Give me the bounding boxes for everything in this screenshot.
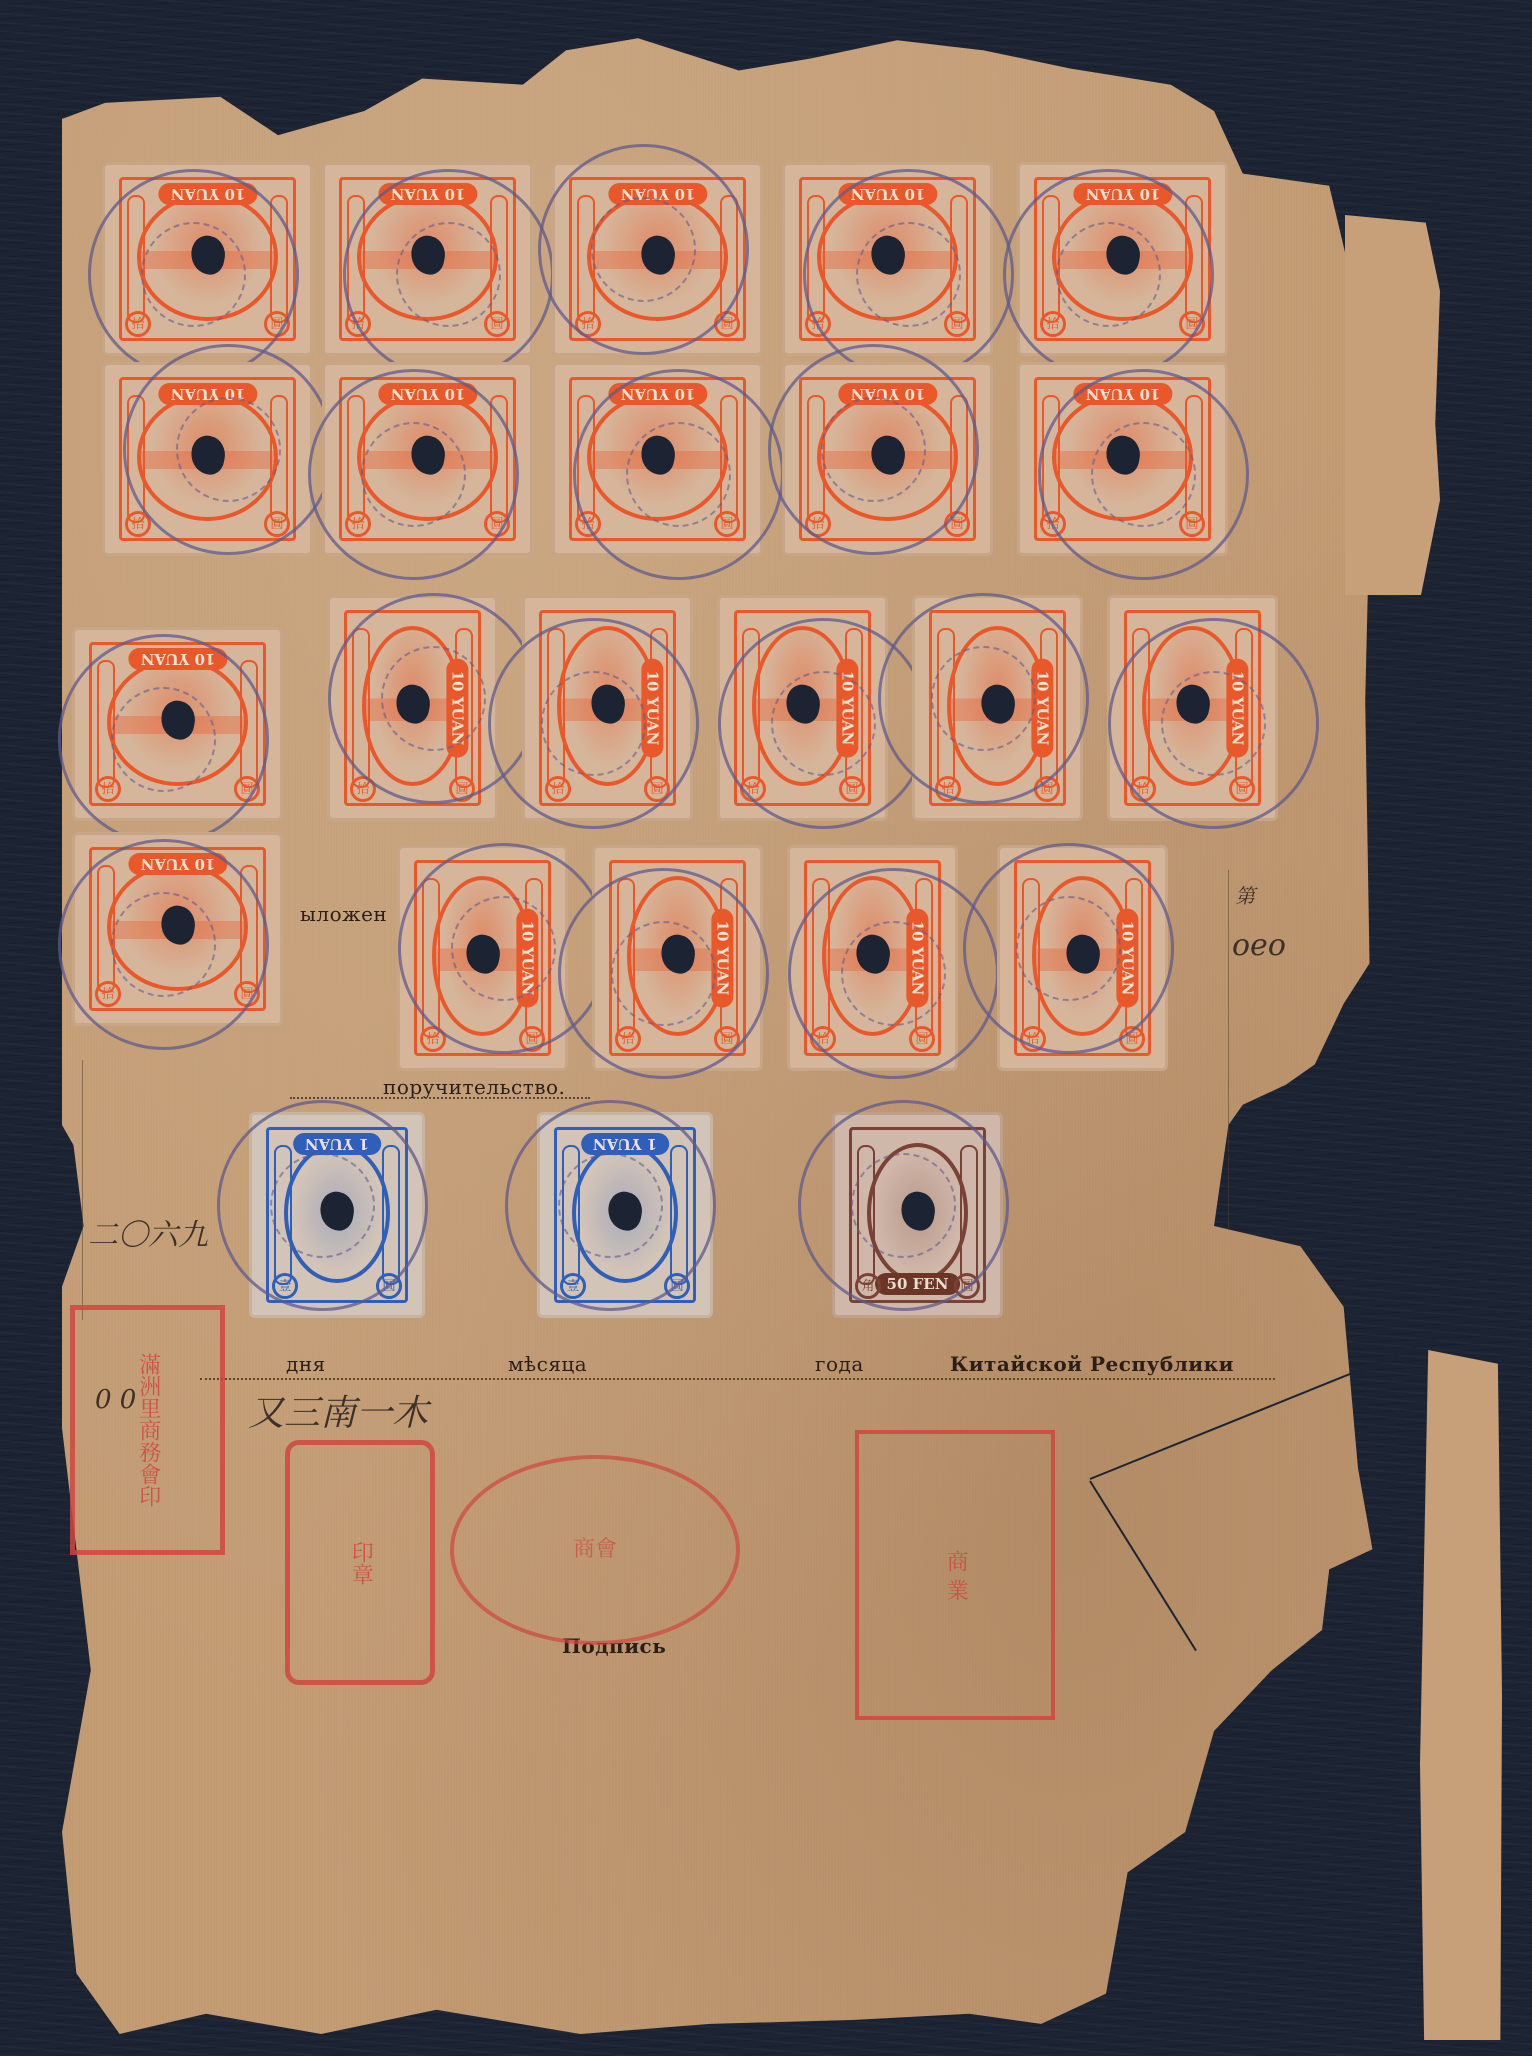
stamp-value: 10 YUAN [838, 183, 937, 205]
stamp-corner-char: 拾 [935, 776, 961, 802]
stamp-10-yuan: 10 YUAN拾圓 [1020, 165, 1225, 353]
stamp-corner-char: 圓 [1179, 311, 1205, 337]
stamp-10-yuan: 10 YUAN拾圓 [75, 630, 280, 818]
stamp-corner-char: 拾 [805, 511, 831, 537]
dotted-rule [290, 1097, 590, 1099]
stamp-10-yuan: 10 YUAN拾圓 [325, 365, 530, 553]
stamp-corner-char: 圓 [664, 1273, 690, 1299]
stamp-value: 10 YUAN [517, 909, 539, 1008]
stamp-value: 10 YUAN [158, 183, 257, 205]
stamp-10-yuan: 10 YUAN拾圓 [105, 165, 310, 353]
stamp-10-yuan: 10 YUAN拾圓 [75, 835, 280, 1023]
stamp-corner-char: 圓 [1119, 1026, 1145, 1052]
stamp-corner-char: 拾 [615, 1026, 641, 1052]
right-pentagon-seal: 商 業 [855, 1430, 1055, 1720]
stamp-corner-char: 拾 [805, 311, 831, 337]
center-oval-seal: 商會 [450, 1455, 740, 1645]
stamp-value: 1 YUAN [581, 1133, 669, 1155]
stamp-1-yuan: 1 YUAN壹圓 [540, 1115, 710, 1315]
stamp-value: 10 YUAN [1073, 183, 1172, 205]
pencil-rule [82, 1060, 83, 1320]
label-day: дня [286, 1352, 326, 1376]
stamp-value: 1 YUAN [293, 1133, 381, 1155]
label-month: мѣсяца [508, 1352, 587, 1376]
pencil-rule [1228, 870, 1229, 1230]
torn-paper-strip [1345, 215, 1440, 595]
stamp-value: 10 YUAN [837, 659, 859, 758]
stamp-10-yuan: 10 YUAN拾圓 [790, 848, 955, 1068]
stamp-corner-char: 壹 [272, 1273, 298, 1299]
stamp-corner-char: 拾 [575, 311, 601, 337]
stamp-corner-char: 拾 [575, 511, 601, 537]
stamp-corner-char: 圓 [1034, 776, 1060, 802]
stamp-10-yuan: 10 YUAN拾圓 [330, 598, 495, 818]
stamp-corner-char: 圓 [484, 311, 510, 337]
stamp-10-yuan: 10 YUAN拾圓 [105, 365, 310, 553]
stamp-10-yuan: 10 YUAN拾圓 [1020, 365, 1225, 553]
stamp-corner-char: 拾 [350, 776, 376, 802]
stamp-10-yuan: 10 YUAN拾圓 [595, 848, 760, 1068]
stamp-corner-char: 拾 [125, 311, 151, 337]
stamp-corner-char: 拾 [810, 1026, 836, 1052]
stamp-10-yuan: 10 YUAN拾圓 [720, 598, 885, 818]
stamp-value: 10 YUAN [1073, 383, 1172, 405]
label-guarantee: поручительство. [383, 1075, 565, 1099]
stamp-value: 10 YUAN [158, 383, 257, 405]
stamp-10-yuan: 10 YUAN拾圓 [785, 165, 990, 353]
date-rule [200, 1378, 1275, 1380]
label-republic: Китайской Республики [950, 1352, 1234, 1376]
stamp-corner-char: 圓 [264, 311, 290, 337]
stamp-corner-char: 壹 [560, 1273, 586, 1299]
stamp-corner-char: 拾 [1020, 1026, 1046, 1052]
stamp-corner-char: 拾 [345, 311, 371, 337]
stamp-10-yuan: 10 YUAN拾圓 [1000, 848, 1165, 1068]
stamp-10-yuan: 10 YUAN拾圓 [1110, 598, 1275, 818]
stamp-value: 10 YUAN [1117, 909, 1139, 1008]
stamp-10-yuan: 10 YUAN拾圓 [555, 365, 760, 553]
stamp-10-yuan: 10 YUAN拾圓 [555, 165, 760, 353]
stamp-10-yuan: 10 YUAN拾圓 [525, 598, 690, 818]
stamp-corner-char: 圓 [376, 1273, 402, 1299]
stamp-value: 10 YUAN [128, 648, 227, 670]
stamp-value: 10 YUAN [128, 853, 227, 875]
stamp-corner-char: 圓 [234, 981, 260, 1007]
stamp-value: 10 YUAN [608, 183, 707, 205]
stamp-10-yuan: 10 YUAN拾圓 [400, 848, 565, 1068]
stamp-corner-char: 圓 [264, 511, 290, 537]
handwritten-right-note: oeo [1232, 928, 1286, 963]
stamp-corner-char: 拾 [545, 776, 571, 802]
stamp-value: 10 YUAN [838, 383, 937, 405]
stamp-corner-char: 圓 [954, 1273, 980, 1299]
center-left-rect-seal: 印章 [285, 1440, 435, 1685]
stamp-corner-char: 圓 [909, 1026, 935, 1052]
stamp-corner-char: 圓 [714, 1026, 740, 1052]
stamp-value: 10 YUAN [378, 183, 477, 205]
handwritten-number: 二〇六九 [88, 1210, 208, 1254]
stamp-corner-char: 拾 [95, 776, 121, 802]
stamp-10-yuan: 10 YUAN拾圓 [785, 365, 990, 553]
stamp-corner-char: 圓 [1179, 511, 1205, 537]
stamp-corner-char: 拾 [1040, 311, 1066, 337]
stamp-value: 10 YUAN [447, 659, 469, 758]
stamp-1-yuan: 1 YUAN壹圓 [252, 1115, 422, 1315]
label-attached: ыложен [300, 902, 387, 926]
label-year: года [815, 1352, 864, 1376]
stamp-50-fen: 50 FEN角圓 [835, 1115, 1000, 1315]
stamp-value: 10 YUAN [642, 659, 664, 758]
left-square-seal: 滿洲里商務會印 [70, 1305, 225, 1555]
stamp-corner-char: 拾 [345, 511, 371, 537]
stamp-corner-char: 圓 [449, 776, 475, 802]
stamp-corner-char: 圓 [484, 511, 510, 537]
stamp-corner-char: 圓 [944, 311, 970, 337]
stamp-value: 10 YUAN [378, 383, 477, 405]
stamp-corner-char: 圓 [644, 776, 670, 802]
stamp-corner-char: 拾 [740, 776, 766, 802]
stamp-value: 10 YUAN [1032, 659, 1054, 758]
stamp-corner-char: 拾 [1040, 511, 1066, 537]
handwritten-date-note: 又三南一木 [248, 1385, 428, 1436]
stamp-corner-char: 拾 [125, 511, 151, 537]
stamp-value: 10 YUAN [712, 909, 734, 1008]
stamp-value: 50 FEN [875, 1273, 961, 1295]
right-seal-top: 商 業 [942, 1550, 968, 1601]
stamp-corner-char: 圓 [714, 311, 740, 337]
stamp-corner-char: 拾 [95, 981, 121, 1007]
stamp-corner-char: 角 [855, 1273, 881, 1299]
stamp-corner-char: 圓 [839, 776, 865, 802]
handwritten-right-char: 第 [1235, 880, 1255, 909]
stamp-value: 10 YUAN [608, 383, 707, 405]
stamp-corner-char: 圓 [519, 1026, 545, 1052]
stamp-value: 10 YUAN [907, 909, 929, 1008]
torn-paper-strip [1420, 1350, 1502, 2040]
stamp-value: 10 YUAN [1227, 659, 1249, 758]
stamp-10-yuan: 10 YUAN拾圓 [915, 598, 1080, 818]
stamp-corner-char: 圓 [1229, 776, 1255, 802]
stamp-corner-char: 圓 [714, 511, 740, 537]
stamp-corner-char: 圓 [234, 776, 260, 802]
stamp-corner-char: 拾 [1130, 776, 1156, 802]
stamp-corner-char: 圓 [944, 511, 970, 537]
stamp-10-yuan: 10 YUAN拾圓 [325, 165, 530, 353]
stamp-corner-char: 拾 [420, 1026, 446, 1052]
